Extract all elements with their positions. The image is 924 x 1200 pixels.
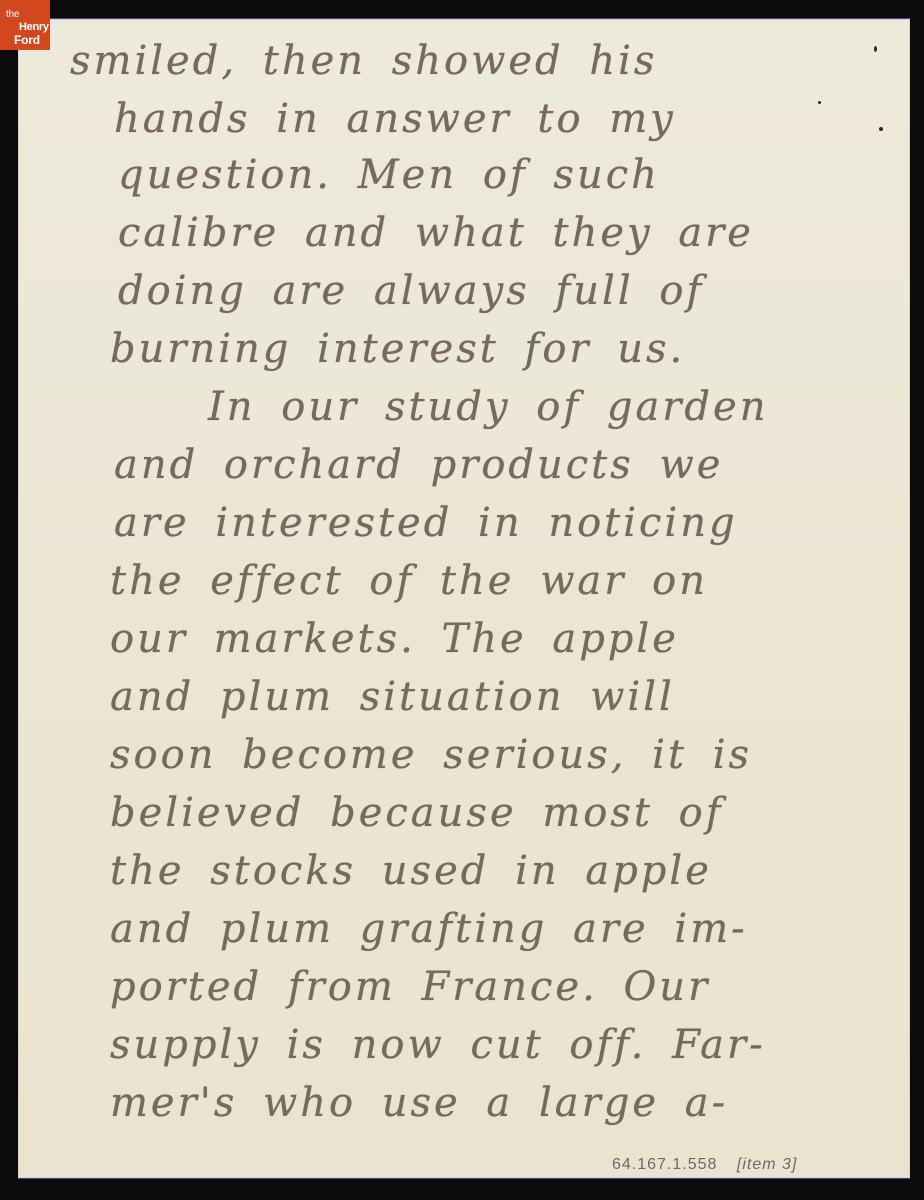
text-line: supply is now cut off. Far- [110,1025,766,1065]
text-line: and plum grafting are im- [110,909,748,949]
page-stage: the Henry Ford smiled, then showed his h… [0,0,924,1200]
text-line: soon become serious, it is [110,735,752,775]
letter-paper: smiled, then showed his hands in answer … [18,18,910,1179]
text-line: In our study of garden [208,387,768,427]
text-line: question. Men of such [118,155,660,195]
text-line: the stocks used in apple [110,851,712,891]
logo-ford: Ford [14,33,40,47]
text-line: calibre and what they are [118,213,754,253]
item-label: [item 3] [737,1156,797,1173]
catalog-number: 64.167.1.558 [item 3] [612,1156,797,1174]
text-line: our markets. The apple [110,619,679,659]
text-line: and orchard products we [114,445,723,485]
text-line: smiled, then showed his [70,41,657,81]
text-line: hands in answer to my [114,99,676,139]
text-line: ported from France. Our [110,967,710,1007]
text-line: burning interest for us. [110,329,685,369]
text-line: are interested in noticing [114,503,738,543]
text-line: and plum situation will [110,677,675,717]
text-line: the effect of the war on [110,561,708,601]
henry-ford-logo: the Henry Ford [0,0,50,50]
handwritten-text: smiled, then showed his hands in answer … [18,19,910,1178]
text-line: believed because most of [110,793,724,833]
accession-number: 64.167.1.558 [612,1156,717,1173]
logo-henry: Henry [19,21,49,33]
logo-the: the [6,9,19,20]
text-line: mer's who use a large a- [110,1083,728,1123]
text-line: doing are always full of [118,271,704,311]
